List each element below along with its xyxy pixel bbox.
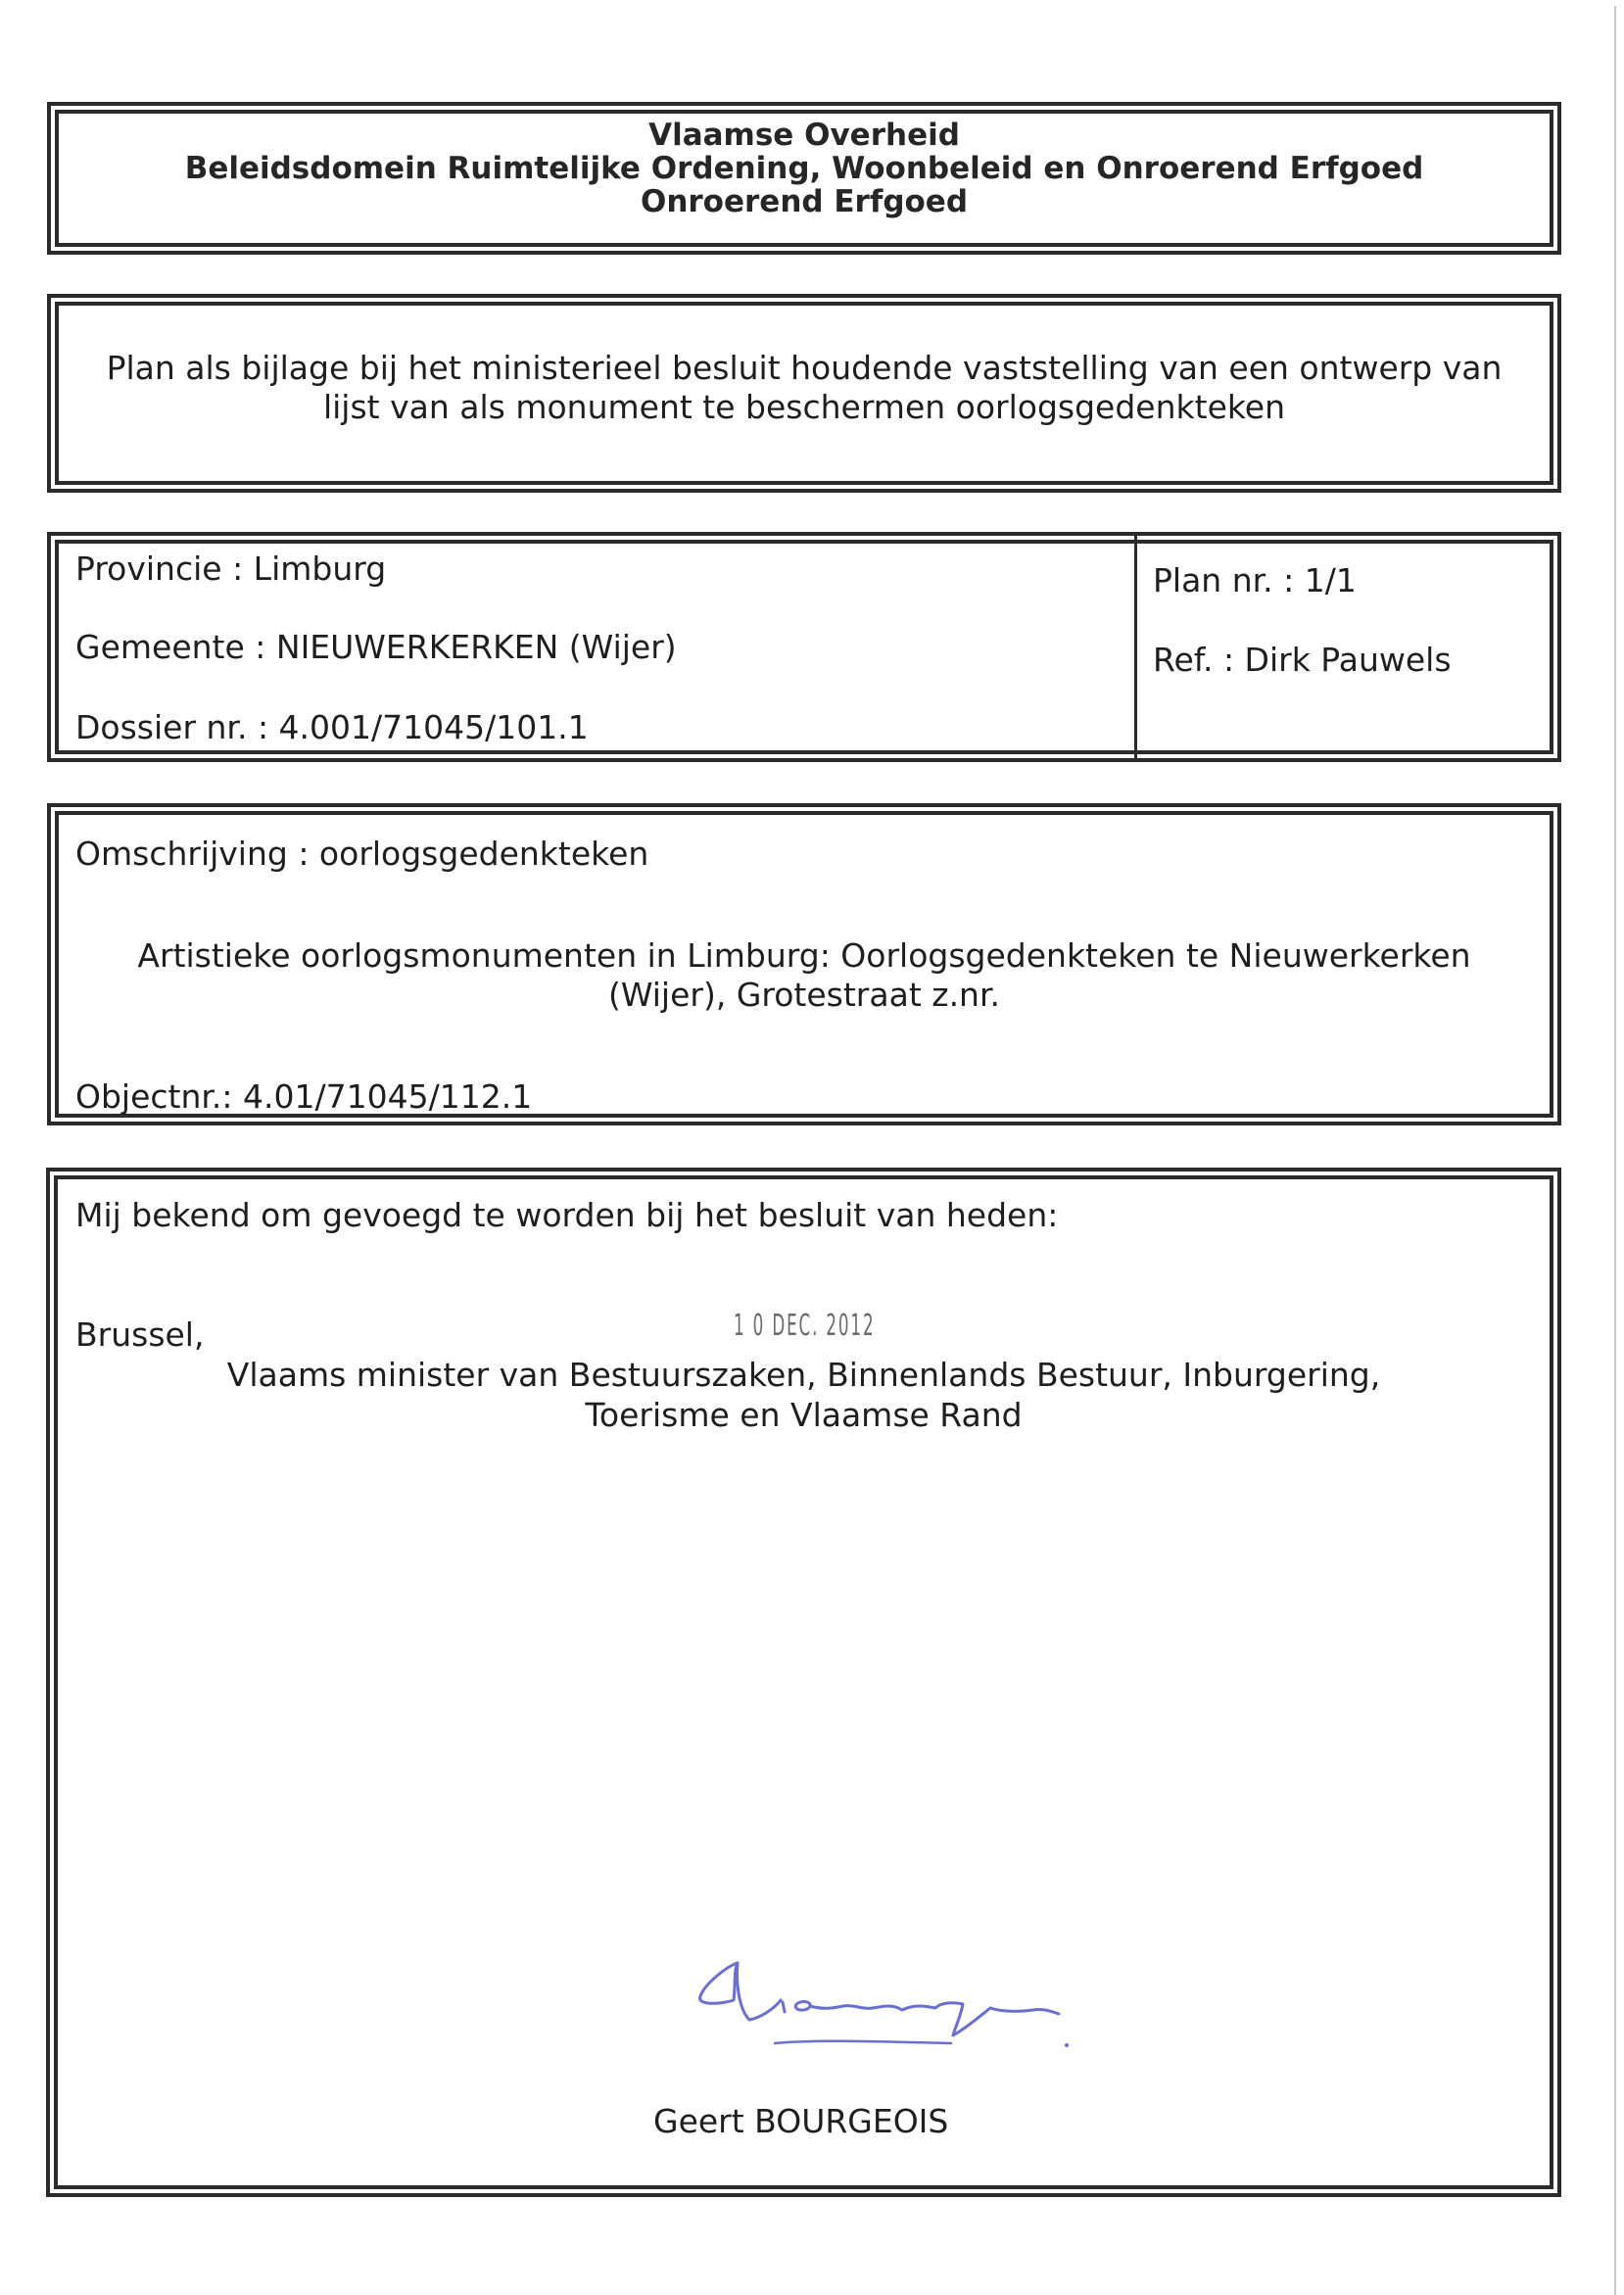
signature-icon (696, 1955, 1098, 2063)
provincie-field: Provincie : Limburg (75, 550, 386, 589)
gemeente-field: Gemeente : NIEUWERKERKEN (Wijer) (75, 628, 677, 667)
header-agency: Onroerend Erfgoed (51, 182, 1557, 221)
plan-title-line-2: lijst van als monument te beschermen oor… (51, 388, 1557, 427)
description-detail-line-1: Artistieke oorlogsmonumenten in Limburg:… (51, 936, 1557, 976)
plan-title-line-1: Plan als bijlage bij het ministerieel be… (51, 349, 1557, 388)
dossier-number-field: Dossier nr. : 4.001/71045/101.1 (75, 708, 589, 747)
location-column-divider (1134, 536, 1137, 758)
minister-title-line-1: Vlaams minister van Bestuurszaken, Binne… (50, 1356, 1557, 1395)
minister-title-line-2: Toerisme en Vlaamse Rand (50, 1396, 1557, 1435)
header-box: Vlaamse Overheid Beleidsdomein Ruimtelij… (47, 102, 1561, 255)
date-stamp: 1 0 DEC. 2012 (734, 1309, 875, 1343)
plan-number-field: Plan nr. : 1/1 (1153, 561, 1357, 600)
description-box: Omschrijving : oorlogsgedenkteken Artist… (47, 803, 1561, 1125)
plan-title-box: Plan als bijlage bij het ministerieel be… (47, 294, 1561, 493)
approval-box: Mij bekend om gevoegd te worden bij het … (46, 1168, 1561, 2197)
location-box: Provincie : Limburg Gemeente : NIEUWERKE… (47, 532, 1561, 762)
object-number-field: Objectnr.: 4.01/71045/112.1 (75, 1077, 532, 1117)
signatory-name: Geert BOURGEOIS (653, 2102, 948, 2141)
signature-dot (1065, 2043, 1069, 2047)
description-detail-line-2: (Wijer), Grotestraat z.nr. (51, 976, 1557, 1015)
place-label: Brussel, (75, 1315, 204, 1355)
omschrijving-field: Omschrijving : oorlogsgedenkteken (75, 835, 648, 874)
scan-page-edge (1614, 6, 1616, 2295)
reference-field: Ref. : Dirk Pauwels (1153, 641, 1452, 680)
approval-statement: Mij bekend om gevoegd te worden bij het … (75, 1196, 1058, 1235)
